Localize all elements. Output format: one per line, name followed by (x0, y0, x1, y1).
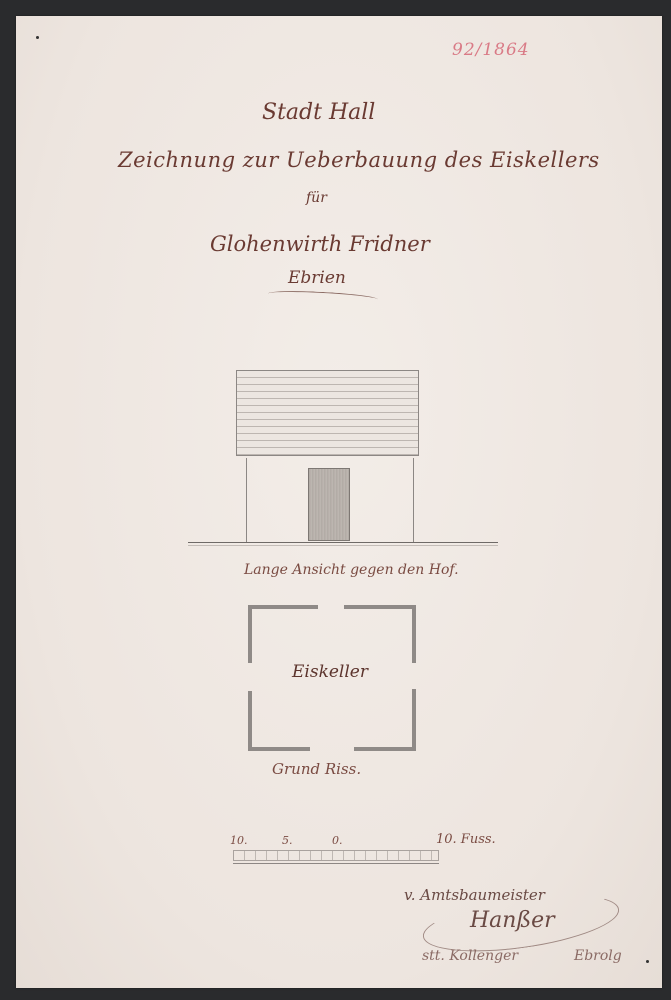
paper-speck (646, 960, 649, 963)
scale-bar-underline (233, 863, 439, 864)
title-town: Stadt Hall (262, 100, 375, 125)
signature-note: stt. Kollenger (422, 948, 518, 964)
ground-line (188, 542, 498, 546)
plan-wall-left-upper (248, 605, 252, 663)
scale-label-10-right: 10. Fuss. (436, 832, 496, 847)
plan-wall-left-lower (248, 691, 252, 751)
paper-speck (36, 36, 39, 39)
plan-wall-bottom-right (354, 747, 416, 751)
plan-caption: Grund Riss. (272, 760, 361, 778)
title-description: Zeichnung zur Ueberbauung des Eiskellers (118, 148, 600, 172)
title-for: für (306, 190, 327, 206)
scale-bar (233, 850, 439, 861)
plan-wall-top-right (344, 605, 416, 609)
title-location: Ebrien (288, 268, 346, 288)
archive-number: 92/1864 (452, 40, 530, 60)
scale-label-5: 5. (282, 834, 293, 847)
signature-name: Hanßer (470, 908, 555, 933)
plan-room-label: Eiskeller (292, 662, 368, 682)
elevation-caption: Lange Ansicht gegen den Hof. (244, 562, 459, 578)
title-client: Glohenwirth Fridner (210, 232, 430, 256)
plan-wall-bottom-left (248, 747, 310, 751)
plan-wall-right-upper (412, 605, 416, 663)
elevation-roof (236, 370, 419, 456)
plan-wall-top-left (248, 605, 318, 609)
scale-label-0: 0. (332, 834, 343, 847)
plan-wall-right-lower (412, 689, 416, 751)
scale-label-10-left: 10. (230, 834, 248, 847)
elevation-door (308, 468, 350, 541)
signature-note-2: Ebrolg (574, 948, 622, 964)
